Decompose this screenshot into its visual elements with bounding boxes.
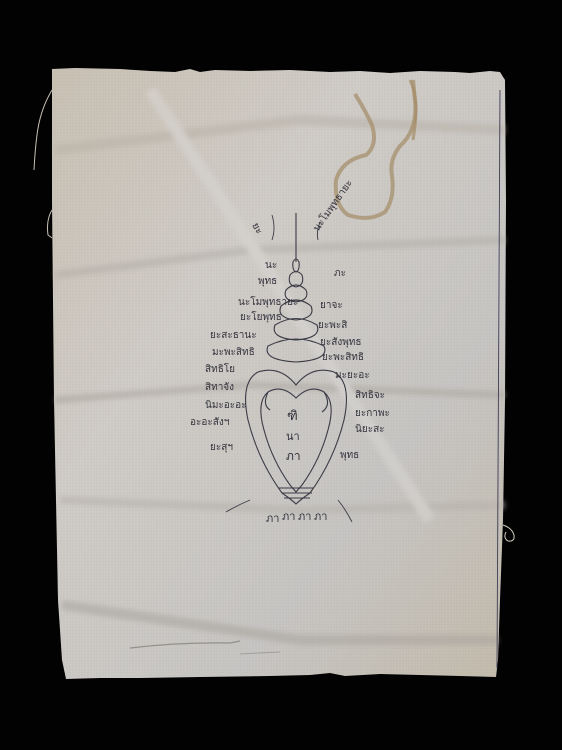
svg-text:พุทธ: พุทธ: [258, 276, 277, 287]
loose-thread: [34, 90, 52, 170]
center-glyph-2: นา: [286, 430, 300, 443]
svg-text:อะอะสังฯ: อะอะสังฯ: [190, 417, 229, 428]
svg-text:ยะสะธานะ: ยะสะธานะ: [210, 330, 257, 341]
svg-text:นะ: นะ: [265, 260, 277, 271]
svg-text:นะโมพุทธายะ: นะโมพุทธายะ: [238, 295, 298, 308]
svg-text:นิยะสะ: นิยะสะ: [355, 424, 385, 435]
svg-text:ภา: ภา: [314, 510, 327, 523]
svg-text:มะพะสิทธิ: มะพะสิทธิ: [212, 347, 255, 358]
svg-text:ยะกาพะ: ยะกาพะ: [355, 408, 390, 419]
svg-text:ยะพะสิ: ยะพะสิ: [318, 320, 347, 331]
center-glyph-1: ฑิ: [287, 409, 298, 424]
svg-text:ยะโยพุทธ: ยะโยพุทธ: [240, 310, 282, 323]
svg-text:สิทธิโย: สิทธิโย: [205, 362, 235, 375]
yantra-cloth: ฑิ นา ภา ภา ภา ภา ภา ยะ นะ พุทธ นะโมพุทธ…: [0, 0, 562, 750]
svg-text:สิทธิจะ: สิทธิจะ: [355, 390, 385, 401]
svg-text:ภะ: ภะ: [334, 268, 346, 279]
center-glyph-3: ภา: [286, 449, 301, 463]
svg-text:มะยะอะ: มะยะอะ: [335, 370, 370, 381]
svg-text:พุทธ: พุทธ: [340, 450, 359, 461]
svg-text:ภา: ภา: [298, 510, 311, 523]
svg-text:สิทาจัง: สิทาจัง: [205, 382, 234, 393]
svg-text:นิมะอะอะ: นิมะอะอะ: [205, 400, 247, 411]
svg-text:ภา: ภา: [266, 512, 279, 525]
svg-text:ยาจะ: ยาจะ: [320, 300, 343, 311]
svg-text:ยะสังพุทธ: ยะสังพุทธ: [320, 337, 362, 348]
svg-text:ยะพะสิทธิ: ยะพะสิทธิ: [322, 352, 364, 363]
svg-text:ยะสุฯ: ยะสุฯ: [210, 442, 233, 453]
photo-background: ฑิ นา ภา ภา ภา ภา ภา ยะ นะ พุทธ นะโมพุทธ…: [0, 0, 562, 750]
svg-text:ภา: ภา: [282, 510, 295, 523]
